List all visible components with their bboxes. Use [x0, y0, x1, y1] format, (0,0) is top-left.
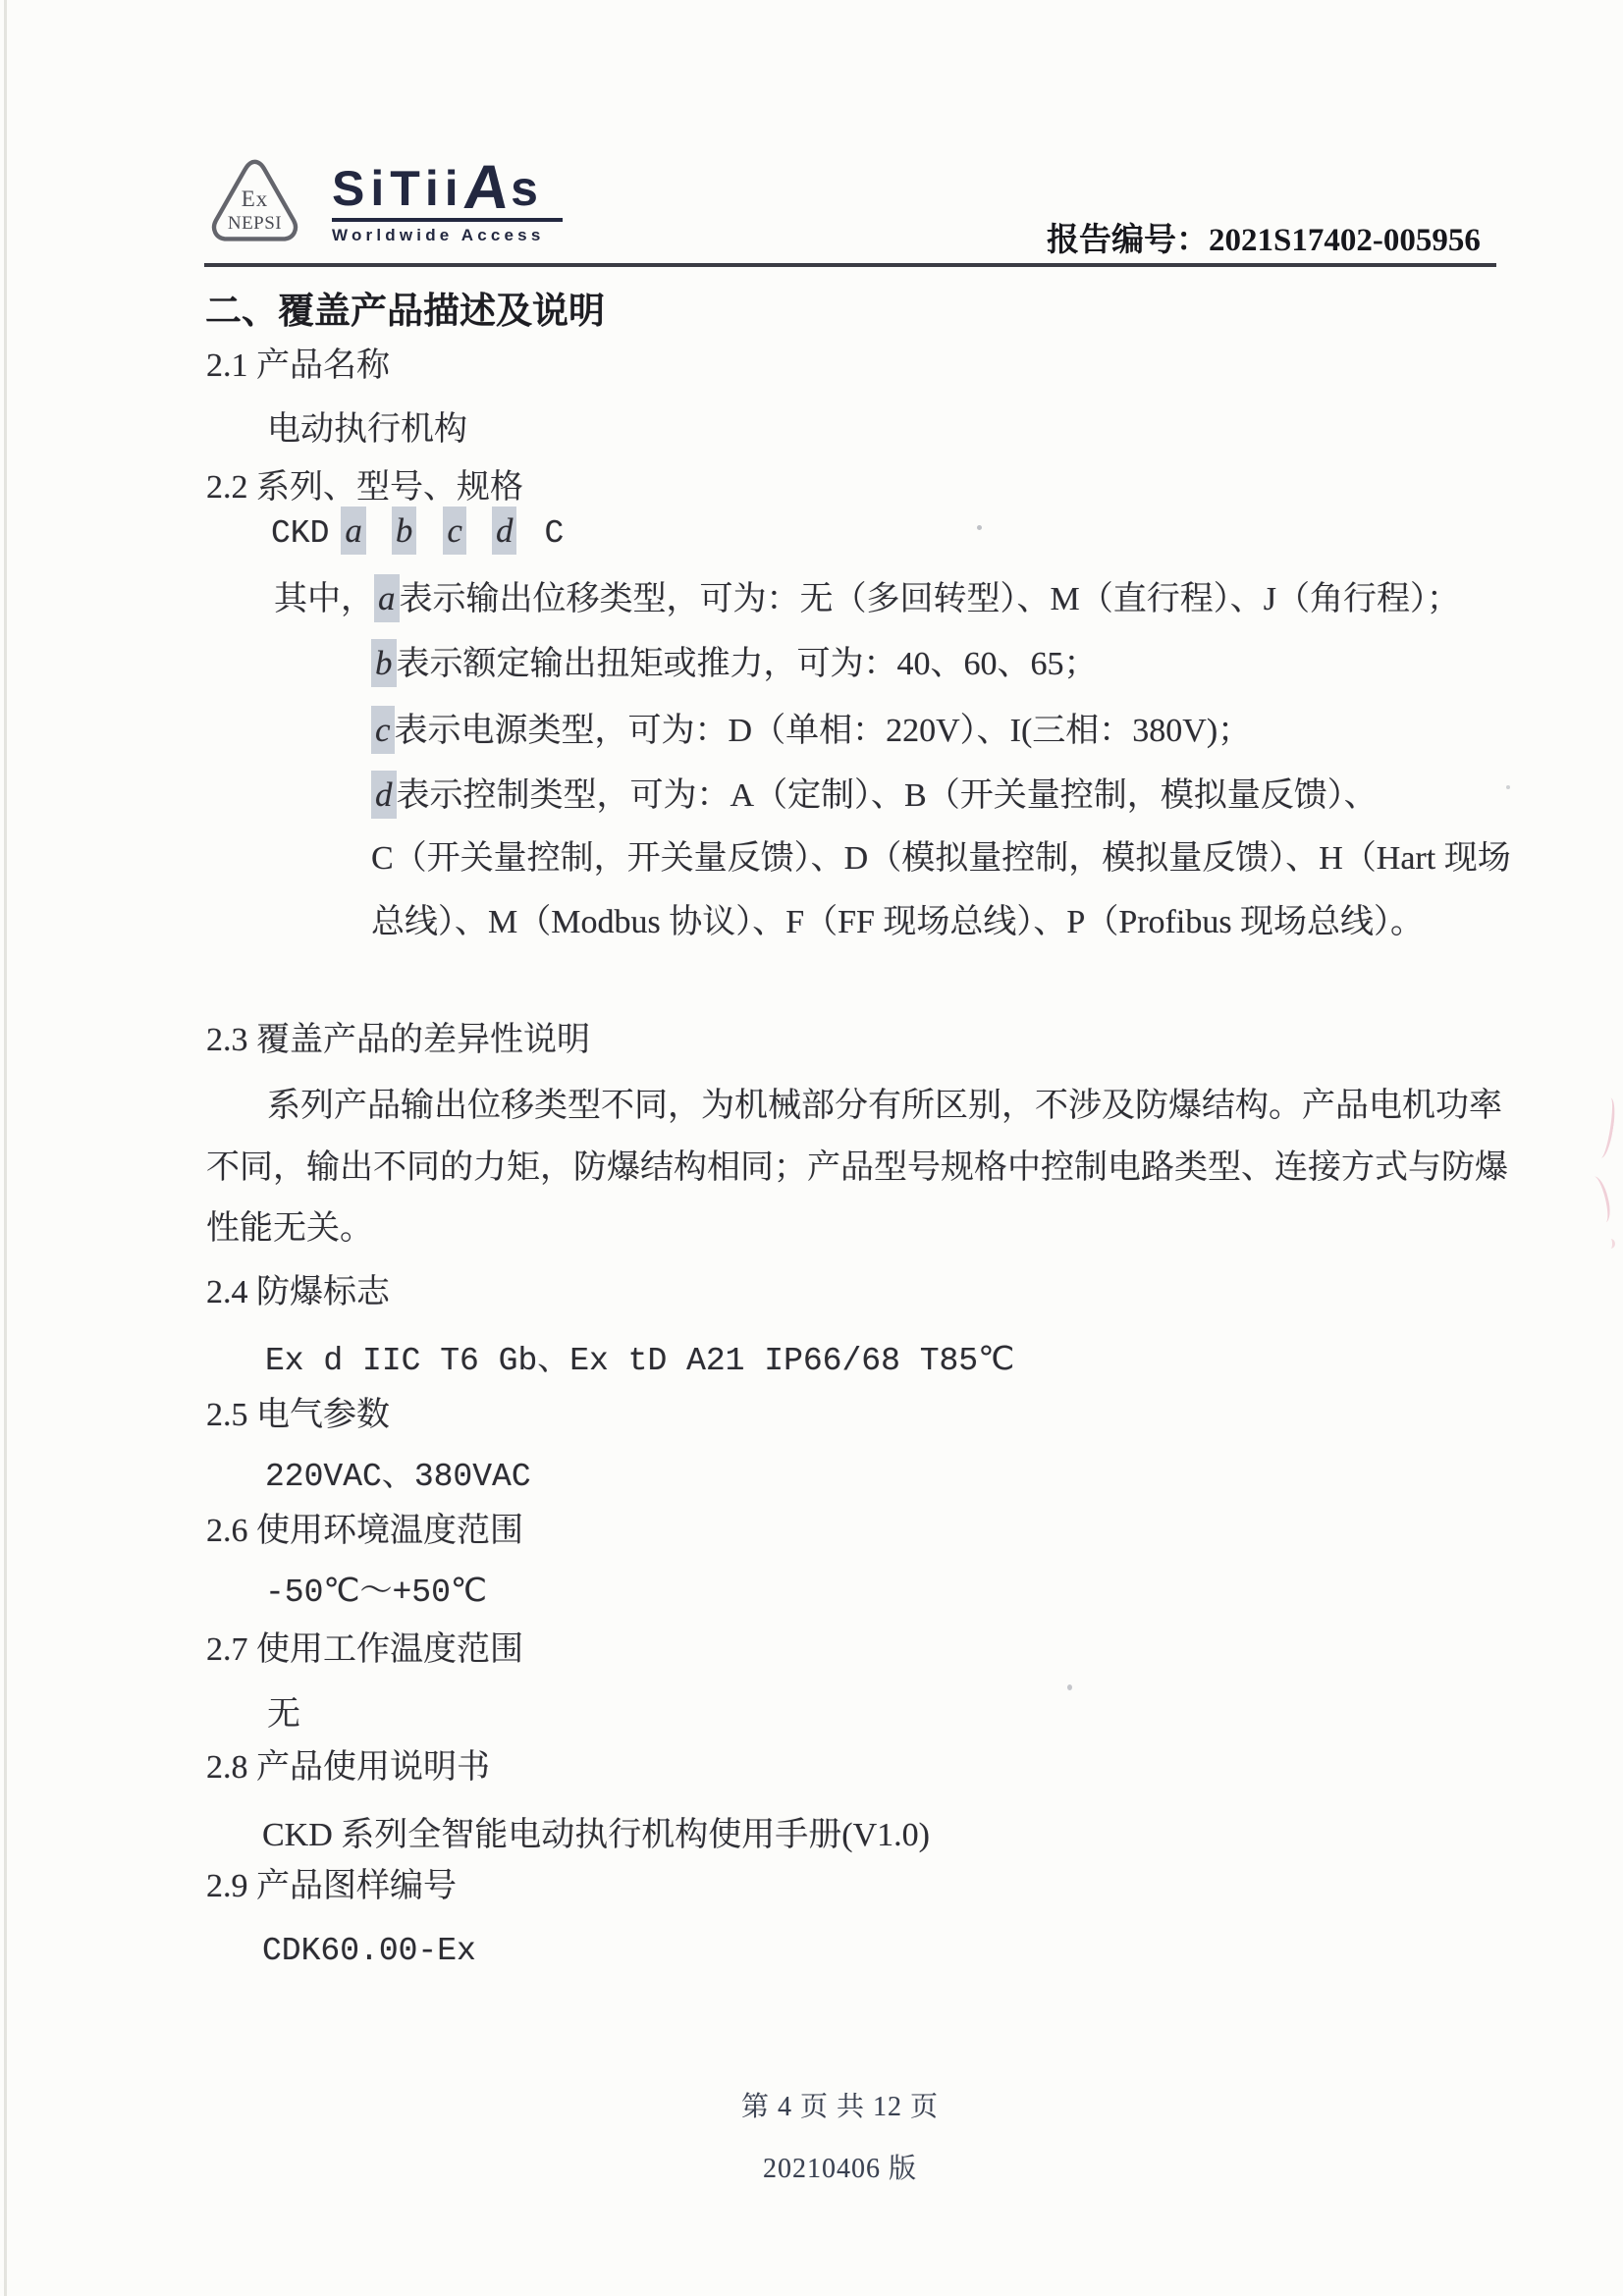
section-2-3-label: 2.3 覆盖产品的差异性说明: [206, 1019, 590, 1062]
section-2-2-label: 2.2 系列、型号、规格: [206, 466, 523, 509]
model-var-b-definition: b表示额定输出扭矩或推力，可为：40、60、65；: [371, 642, 1098, 686]
model-var-b-text: 表示额定输出扭矩或推力，可为：40、60、65；: [397, 646, 1098, 682]
sitiias-wordmark: SiTiiAs: [332, 162, 566, 214]
scan-speck: [1067, 1684, 1072, 1690]
pink-edge-artifact: [1594, 1096, 1618, 1159]
section-2-1-label: 2.1 产品名称: [206, 345, 390, 388]
definition-intro: 其中，: [274, 581, 374, 617]
model-var-a-highlight: a: [374, 574, 400, 622]
drawing-number-value: CDK60.00-Ex: [262, 1930, 476, 1973]
logo-tagline: Worldwide Access: [332, 226, 566, 245]
section-2-6-label: 2.6 使用环境温度范围: [206, 1510, 523, 1553]
model-var-d-continuation-1: C（开关量控制，开关量反馈）、D（模拟量控制，模拟量反馈）、H（Hart 现场: [371, 837, 1511, 881]
pink-edge-artifact: [1586, 1175, 1613, 1225]
difference-paragraph-line-2: 不同，输出不同的力矩，防爆结构相同；产品型号规格中控制电路类型、连接方式与防爆: [206, 1147, 1508, 1190]
wordmark-text: SiTii: [332, 161, 464, 216]
model-suffix: C: [544, 515, 564, 552]
model-var-b-highlight: b: [371, 639, 397, 687]
model-var-c: c: [443, 507, 466, 555]
section-2-heading: 二、覆盖产品描述及说明: [205, 291, 605, 334]
model-var-c-text: 表示电源类型，可为：D（单相：220V）、I(三相：380V)；: [395, 713, 1252, 749]
model-var-b: b: [392, 507, 417, 555]
scan-speck: [977, 525, 982, 530]
model-var-d-continuation-2: 总线）、M（Modbus 协议）、F（FF 现场总线）、P（Profibus 现…: [371, 901, 1424, 944]
scan-speck: [1506, 785, 1510, 789]
wordmark-big-a: A: [461, 162, 514, 213]
model-var-c-definition: c表示电源类型，可为：D（单相：220V）、I(三相：380V)；: [371, 709, 1251, 753]
report-number: 报告编号：2021S17402-005956: [1047, 214, 1481, 260]
version-label: 20210406 版: [0, 2147, 1623, 2186]
model-var-a: a: [341, 507, 366, 555]
report-number-value: 2021S17402-005956: [1209, 223, 1481, 258]
ambient-temperature-value: -50℃～+50℃: [265, 1572, 487, 1615]
document-page: Ex NEPSI SiTiiAs Worldwide Access 报告编号：2…: [0, 0, 1623, 2296]
model-var-a-definition: 其中，a表示输出位移类型，可为：无（多回转型）、M（直行程）、J（角行程）；: [274, 577, 1460, 621]
report-number-label: 报告编号：: [1047, 223, 1209, 258]
model-var-d-definition: d表示控制类型，可为：A（定制）、B（开关量控制，模拟量反馈）、: [371, 774, 1378, 818]
section-2-8-label: 2.8 产品使用说明书: [206, 1746, 490, 1789]
product-name-value: 电动执行机构: [267, 408, 467, 452]
nepsi-ex-certification-mark: Ex NEPSI: [207, 157, 302, 251]
model-prefix: CKD: [271, 515, 329, 552]
section-2-9-label: 2.9 产品图样编号: [206, 1865, 457, 1908]
nepsi-mark-label: NEPSI: [207, 213, 302, 235]
pink-edge-artifact: [1606, 1239, 1615, 1249]
logo-underline: [332, 218, 563, 222]
model-designation-line: CKDabcdC: [271, 509, 564, 556]
ex-mark-label: Ex: [207, 187, 302, 212]
difference-paragraph-line-1: 系列产品输出位移类型不同，为机械部分有所区别，不涉及防爆结构。产品电机功率: [267, 1085, 1502, 1128]
working-temperature-value: 无: [267, 1693, 300, 1736]
page-number: 第 4 页 共 12 页: [0, 2085, 1623, 2124]
header-divider: [204, 263, 1496, 267]
scanner-edge-line: [4, 0, 7, 2296]
section-2-7-label: 2.7 使用工作温度范围: [206, 1629, 523, 1672]
manual-value: CKD 系列全智能电动执行机构使用手册(V1.0): [262, 1814, 930, 1857]
difference-paragraph-line-3: 性能无关。: [206, 1207, 373, 1251]
ex-marking-value: Ex d IIC T6 Gb、Ex tD A21 IP66/68 T85℃: [265, 1340, 1014, 1383]
model-var-a-text: 表示输出位移类型，可为：无（多回转型）、M（直行程）、J（角行程）；: [400, 581, 1460, 617]
model-var-c-highlight: c: [371, 706, 395, 754]
model-var-d-highlight: d: [371, 771, 397, 819]
model-var-d: d: [492, 507, 517, 555]
section-2-4-label: 2.4 防爆标志: [206, 1271, 390, 1314]
section-2-5-label: 2.5 电气参数: [206, 1394, 390, 1437]
sitiias-logo: SiTiiAs Worldwide Access: [332, 162, 566, 245]
electrical-parameters-value: 220VAC、380VAC: [265, 1456, 531, 1499]
wordmark-text: s: [511, 161, 544, 216]
model-var-d-text: 表示控制类型，可为：A（定制）、B（开关量控制，模拟量反馈）、: [397, 777, 1378, 814]
